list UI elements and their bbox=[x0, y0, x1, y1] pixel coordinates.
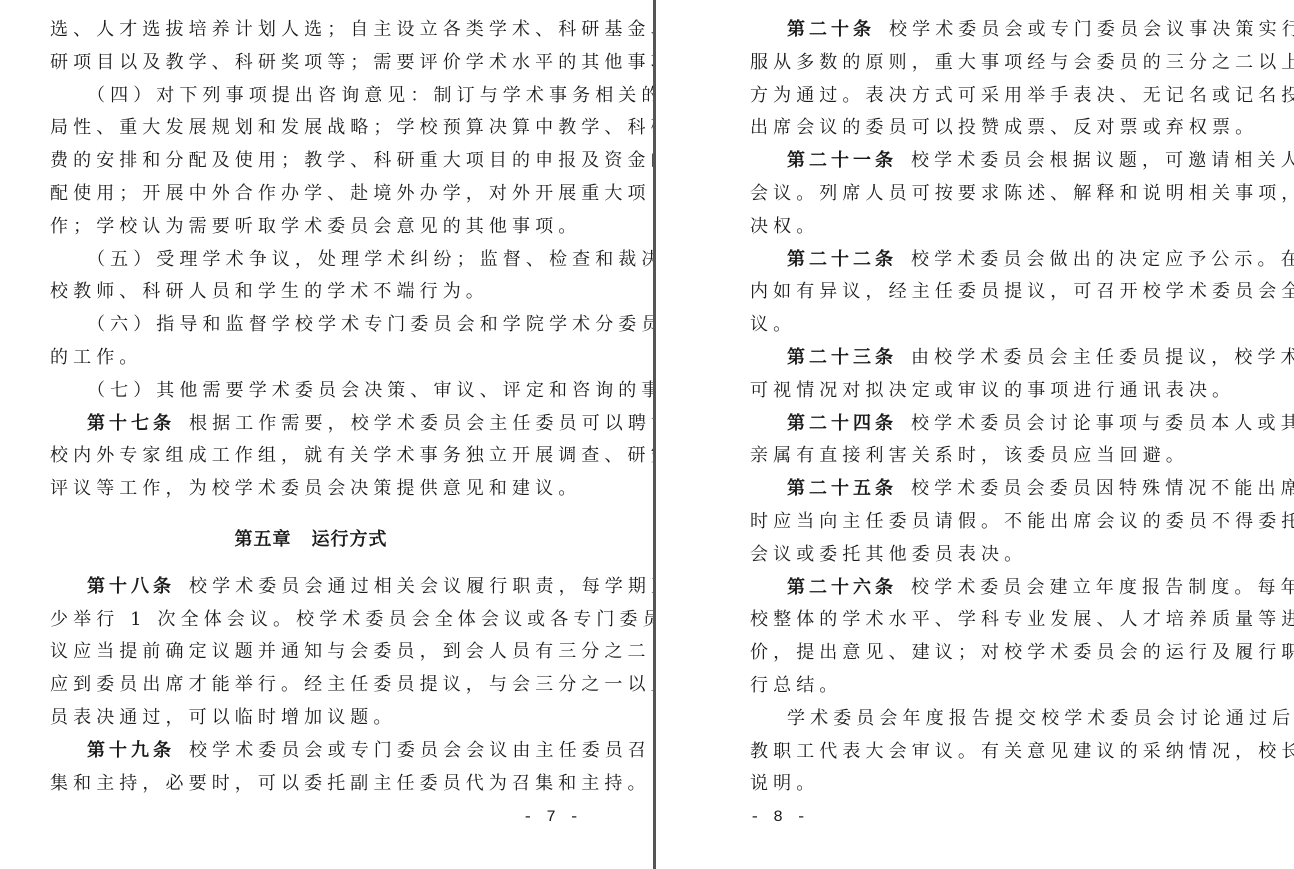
article-text: 根据工作需要，校学术委员会主任委员可以聘请 bbox=[189, 413, 674, 434]
body-line: 服从多数的原则，重大事项经与会委员的三分之二以上表决同意 bbox=[750, 47, 1272, 80]
article-23: 第二十三条由校学术委员会主任委员提议，校学术委员会 可视情况对拟决定或审议的事项… bbox=[750, 342, 1272, 408]
closing-paragraph: 学术委员会年度报告提交校学术委员会讨论通过后，再提交 教职工代表大会审议。有关意… bbox=[750, 703, 1272, 801]
body-line: 方为通过。表决方式可采用举手表决、无记名或记名投票表决； bbox=[750, 80, 1272, 113]
article-text: 校学术委员会或专门委员会会议由主任委员召 bbox=[189, 740, 651, 761]
article-label: 第二十一条 bbox=[787, 150, 897, 171]
article-label: 第二十二条 bbox=[787, 249, 897, 270]
body-line: 行总结。 bbox=[750, 670, 1272, 703]
body-line: 集和主持，必要时，可以委托副主任委员代为召集和主持。 bbox=[50, 768, 572, 801]
body-line: 学术委员会年度报告提交校学术委员会讨论通过后，再提交 bbox=[750, 703, 1272, 736]
page-7-body: 选、人才选拔培养计划人选；自主设立各类学术、科研基金、科 研项目以及教学、科研奖… bbox=[50, 14, 572, 800]
article-label: 第二十条 bbox=[787, 19, 875, 40]
article-18: 第十八条校学术委员会通过相关会议履行职责，每学期至 少举行 1 次全体会议。校学… bbox=[50, 571, 572, 735]
article-text: 校学术委员会建立年度报告制度。每年度对学 bbox=[911, 577, 1294, 598]
body-line: （五）受理学术争议，处理学术纠纷；监督、检查和裁决全 bbox=[50, 244, 572, 277]
page-number: - 7 - bbox=[523, 808, 581, 826]
body-line: 费的安排和分配及使用；教学、科研重大项目的申报及资金的分 bbox=[50, 145, 572, 178]
body-line: 价，提出意见、建议；对校学术委员会的运行及履行职责情况进 bbox=[750, 637, 1272, 670]
body-line: （四）对下列事项提出咨询意见：制订与学术事务相关的全 bbox=[50, 80, 572, 113]
article-label: 第十八条 bbox=[87, 576, 175, 597]
article-26: 第二十六条校学术委员会建立年度报告制度。每年度对学 校整体的学术水平、学科专业发… bbox=[750, 572, 1272, 703]
article-first-line: 第十九条校学术委员会或专门委员会会议由主任委员召 bbox=[50, 735, 572, 768]
body-line: （七）其他需要学术委员会决策、审议、评定和咨询的事项。 bbox=[50, 375, 572, 408]
article-text: 校学术委员会根据议题，可邀请相关人员列席 bbox=[911, 150, 1294, 171]
body-line: 作；学校认为需要听取学术委员会意见的其他事项。 bbox=[50, 211, 572, 244]
body-line: 应到委员出席才能举行。经主任委员提议，与会三分之一以上委 bbox=[50, 669, 572, 702]
article-20: 第二十条校学术委员会或专门委员会议事决策实行少数 服从多数的原则，重大事项经与会… bbox=[750, 14, 1272, 145]
document-page-7: 选、人才选拔培养计划人选；自主设立各类学术、科研基金、科 研项目以及教学、科研奖… bbox=[0, 0, 653, 869]
body-line: 少举行 1 次全体会议。校学术委员会全体会议或各专门委员会会 bbox=[50, 604, 572, 637]
article-25: 第二十五条校学术委员会委员因特殊情况不能出席会议 时应当向主任委员请假。不能出席… bbox=[750, 473, 1272, 571]
article-21: 第二十一条校学术委员会根据议题，可邀请相关人员列席 会议。列席人员可按要求陈述、… bbox=[750, 145, 1272, 243]
body-line: 研项目以及教学、科研奖项等；需要评价学术水平的其他事项。 bbox=[50, 47, 572, 80]
body-line: 议应当提前确定议题并通知与会委员，到会人员有三分之二以上 bbox=[50, 636, 572, 669]
document-page-8: 第二十条校学术委员会或专门委员会议事决策实行少数 服从多数的原则，重大事项经与会… bbox=[656, 0, 1294, 869]
body-line: 评议等工作，为校学术委员会决策提供意见和建议。 bbox=[50, 473, 572, 506]
article-first-line: 第二十条校学术委员会或专门委员会议事决策实行少数 bbox=[750, 14, 1272, 47]
article-first-line: 第二十六条校学术委员会建立年度报告制度。每年度对学 bbox=[750, 572, 1272, 605]
article-label: 第二十六条 bbox=[787, 577, 897, 598]
article-label: 第十七条 bbox=[87, 413, 175, 434]
body-line: 议。 bbox=[750, 309, 1272, 342]
article-text: 由校学术委员会主任委员提议，校学术委员会 bbox=[911, 347, 1294, 368]
body-line: 校内外专家组成工作组，就有关学术事务独立开展调查、研究、 bbox=[50, 440, 572, 473]
article-first-line: 第二十二条校学术委员会做出的决定应予公示。在公示期 bbox=[750, 244, 1272, 277]
article-17: 第十七条根据工作需要，校学术委员会主任委员可以聘请 校内外专家组成工作组，就有关… bbox=[50, 408, 572, 506]
body-line: 局性、重大发展规划和发展战略；学校预算决算中教学、科研经 bbox=[50, 112, 572, 145]
article-24: 第二十四条校学术委员会讨论事项与委员本人或其直系 亲属有直接利害关系时，该委员应… bbox=[750, 408, 1272, 474]
body-line: （六）指导和监督学校学术专门委员会和学院学术分委员会 bbox=[50, 309, 572, 342]
article-first-line: 第二十三条由校学术委员会主任委员提议，校学术委员会 bbox=[750, 342, 1272, 375]
body-line: 内如有异议，经主任委员提议，可召开校学术委员会全体会议复 bbox=[750, 276, 1272, 309]
body-line: 校教师、科研人员和学生的学术不端行为。 bbox=[50, 276, 572, 309]
body-line: 出席会议的委员可以投赞成票、反对票或弃权票。 bbox=[750, 112, 1272, 145]
article-label: 第十九条 bbox=[87, 740, 175, 761]
page-8-body: 第二十条校学术委员会或专门委员会议事决策实行少数 服从多数的原则，重大事项经与会… bbox=[750, 14, 1272, 801]
article-text: 校学术委员会委员因特殊情况不能出席会议 bbox=[911, 478, 1294, 499]
body-line: 会议或委托其他委员表决。 bbox=[750, 539, 1272, 572]
article-first-line: 第二十五条校学术委员会委员因特殊情况不能出席会议 bbox=[750, 473, 1272, 506]
page-number: - 8 - bbox=[750, 808, 808, 826]
article-label: 第二十四条 bbox=[787, 413, 897, 434]
article-first-line: 第二十四条校学术委员会讨论事项与委员本人或其直系 bbox=[750, 408, 1272, 441]
chapter-title: 运行方式 bbox=[312, 529, 388, 550]
article-label: 第二十五条 bbox=[787, 478, 897, 499]
body-line: 会议。列席人员可按要求陈述、解释和说明相关事项，但没有表 bbox=[750, 178, 1272, 211]
body-line: 说明。 bbox=[750, 768, 1272, 801]
chapter-heading: 第五章运行方式 bbox=[50, 514, 572, 557]
body-line: 教职工代表大会审议。有关意见建议的采纳情况，校长应当做出 bbox=[750, 736, 1272, 769]
article-text: 校学术委员会做出的决定应予公示。在公示期 bbox=[911, 249, 1294, 270]
article-first-line: 第十七条根据工作需要，校学术委员会主任委员可以聘请 bbox=[50, 408, 572, 441]
chapter-number: 第五章 bbox=[235, 529, 292, 550]
article-first-line: 第十八条校学术委员会通过相关会议履行职责，每学期至 bbox=[50, 571, 572, 604]
body-line: 的工作。 bbox=[50, 342, 572, 375]
body-line: 决权。 bbox=[750, 211, 1272, 244]
body-line: 校整体的学术水平、学科专业发展、人才培养质量等进行全面评 bbox=[750, 604, 1272, 637]
body-line: 亲属有直接利害关系时，该委员应当回避。 bbox=[750, 440, 1272, 473]
body-line: 配使用；开展中外合作办学、赴境外办学，对外开展重大项目合 bbox=[50, 178, 572, 211]
article-19: 第十九条校学术委员会或专门委员会会议由主任委员召 集和主持，必要时，可以委托副主… bbox=[50, 735, 572, 801]
article-first-line: 第二十一条校学术委员会根据议题，可邀请相关人员列席 bbox=[750, 145, 1272, 178]
body-line: 时应当向主任委员请假。不能出席会议的委员不得委托他人参加 bbox=[750, 506, 1272, 539]
article-text: 校学术委员会或专门委员会议事决策实行少数 bbox=[889, 19, 1294, 40]
article-text: 校学术委员会通过相关会议履行职责，每学期至 bbox=[189, 576, 674, 597]
body-line: 可视情况对拟决定或审议的事项进行通讯表决。 bbox=[750, 375, 1272, 408]
article-label: 第二十三条 bbox=[787, 347, 897, 368]
article-text: 校学术委员会讨论事项与委员本人或其直系 bbox=[911, 413, 1294, 434]
body-line: 选、人才选拔培养计划人选；自主设立各类学术、科研基金、科 bbox=[50, 14, 572, 47]
body-line: 员表决通过，可以临时增加议题。 bbox=[50, 702, 572, 735]
article-22: 第二十二条校学术委员会做出的决定应予公示。在公示期 内如有异议，经主任委员提议，… bbox=[750, 244, 1272, 342]
